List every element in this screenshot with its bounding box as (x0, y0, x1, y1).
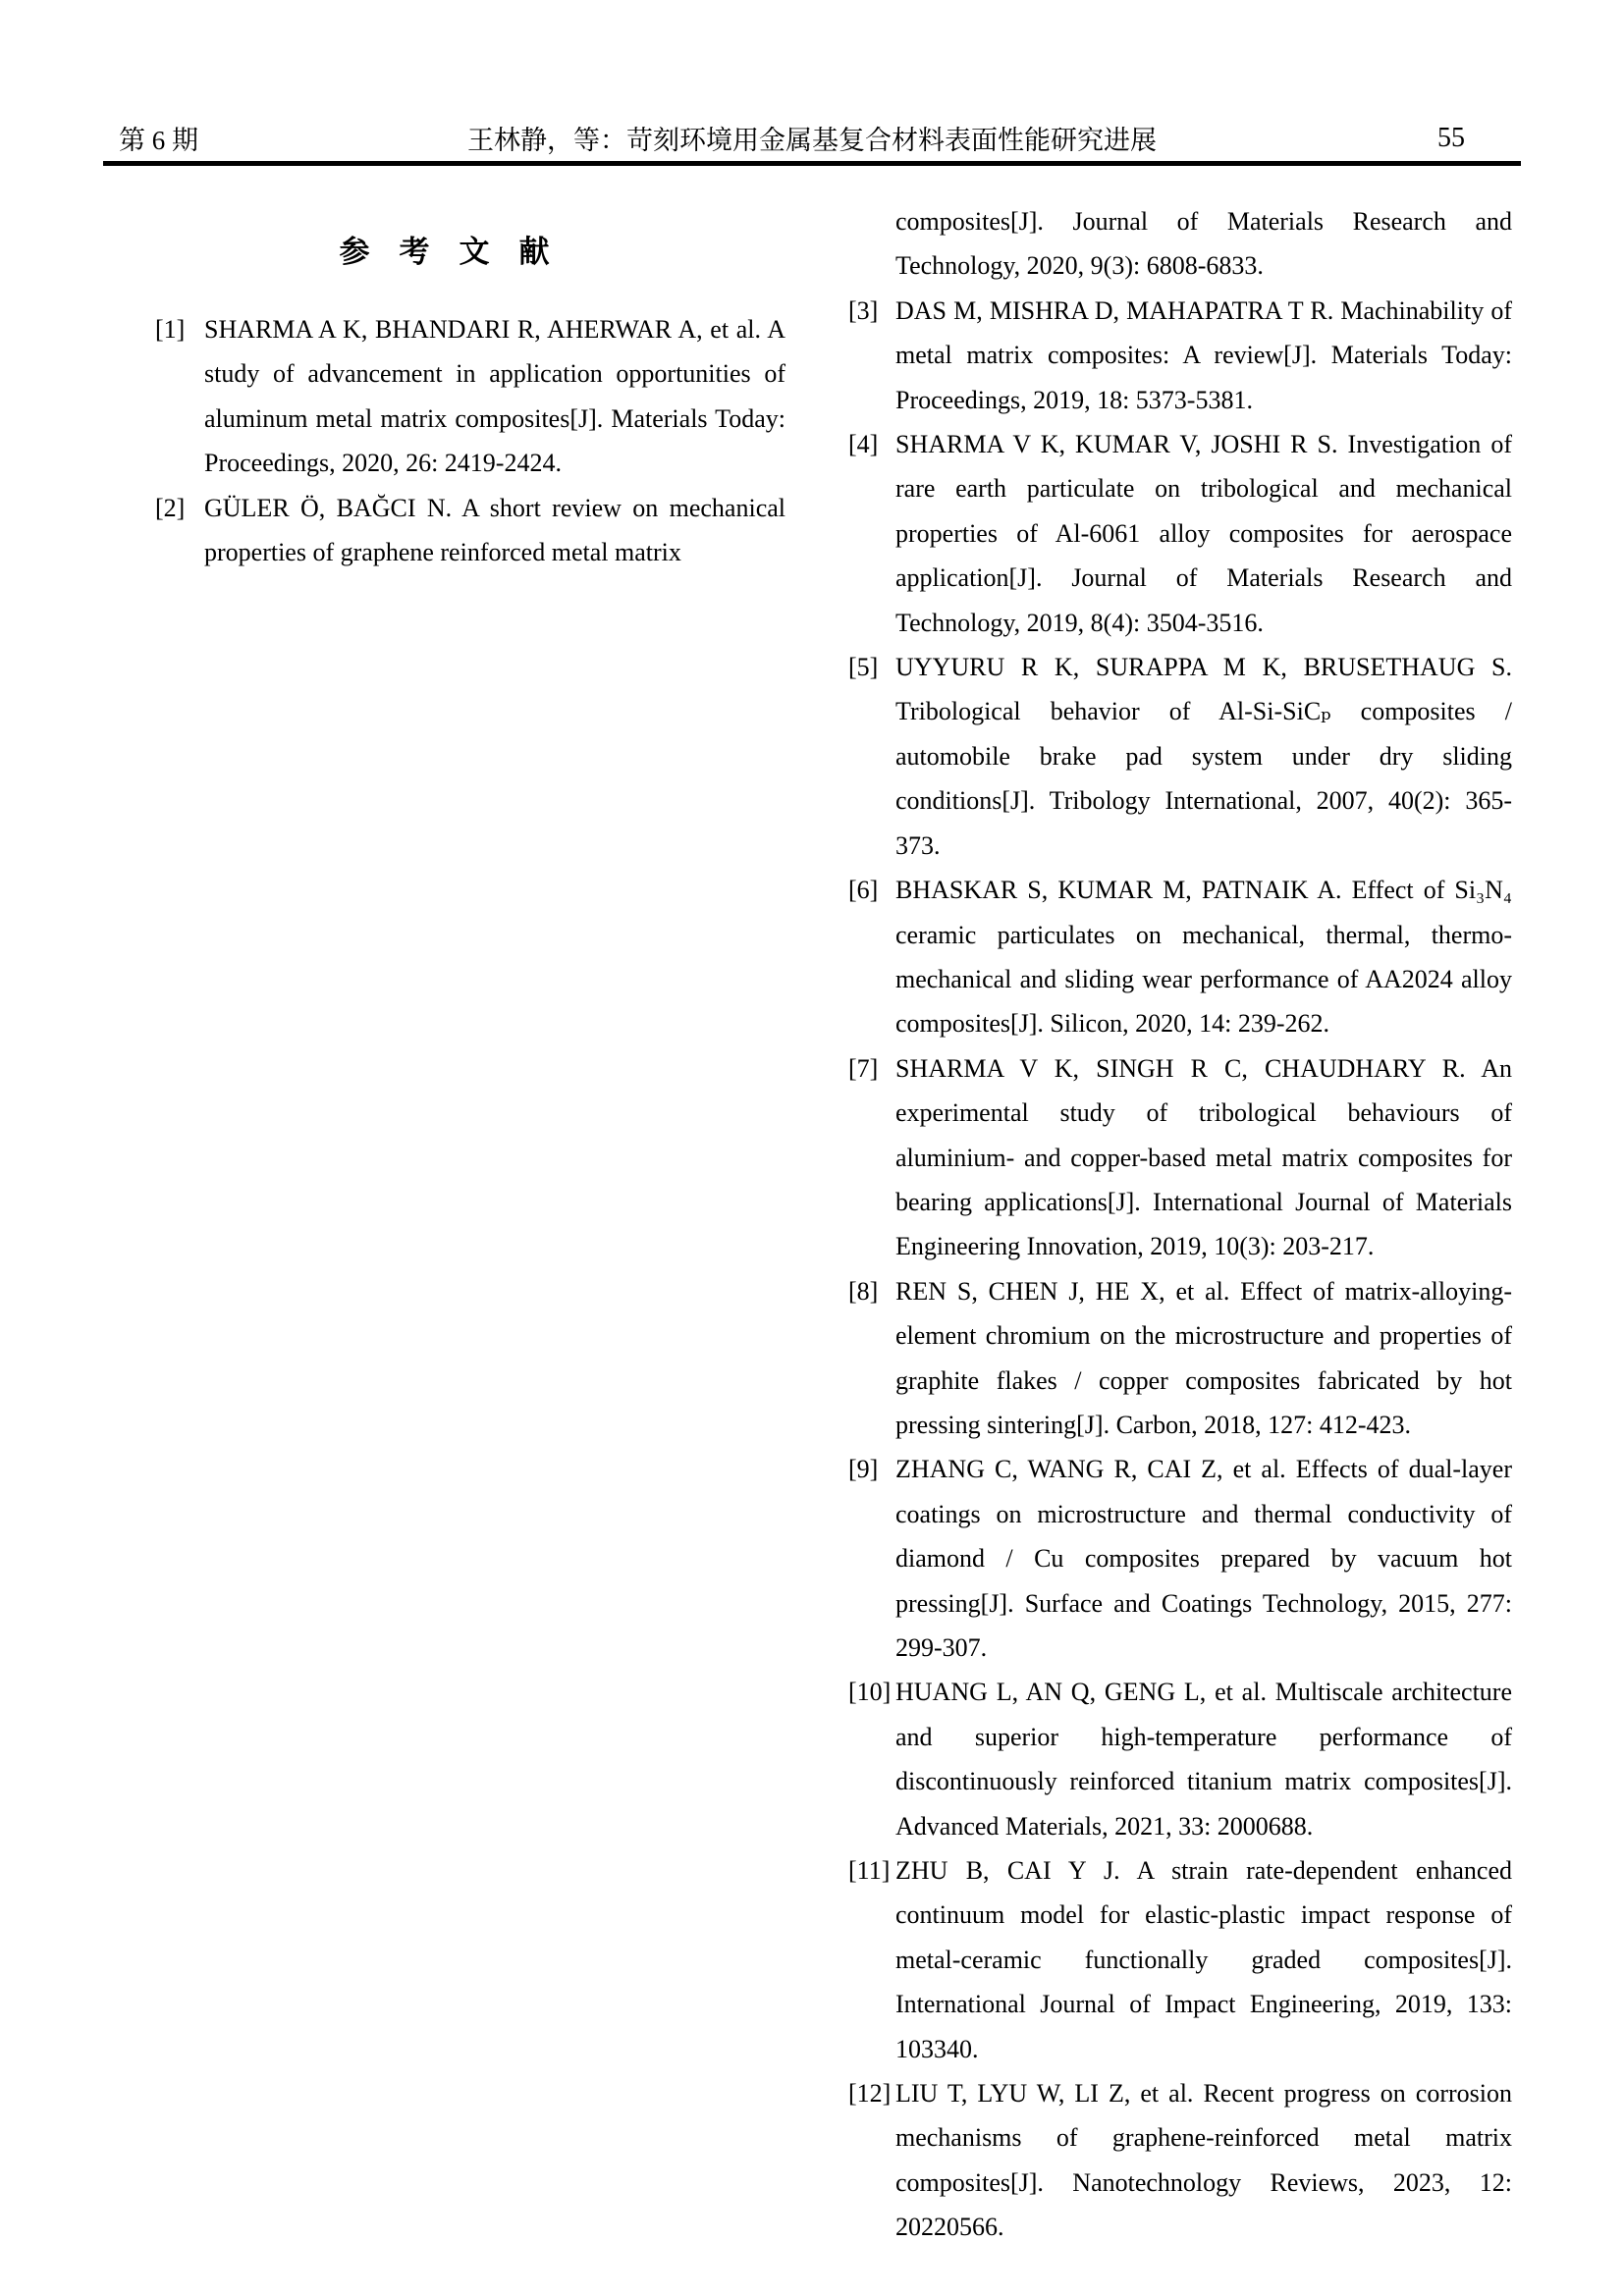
reference-item: [9]ZHANG C, WANG R, CAI Z, et al. Effect… (848, 1447, 1512, 1670)
reference-label: [6] (848, 868, 895, 912)
page-number: 55 (1437, 122, 1465, 155)
reference-text: SHARMA A K, BHANDARI R, AHERWAR A, et al… (204, 315, 785, 477)
reference-label: [11] (848, 1848, 895, 1893)
reference-text: DAS M, MISHRA D, MAHAPATRA T R. Machinab… (895, 296, 1512, 414)
reference-text: BHASKAR S, KUMAR M, PATNAIK A. Effect of… (895, 876, 1512, 1038)
reference-item: [7]SHARMA V K, SINGH R C, CHAUDHARY R. A… (848, 1046, 1512, 1269)
reference-text: REN S, CHEN J, HE X, et al. Effect of ma… (895, 1277, 1512, 1439)
reference-item: [4]SHARMA V K, KUMAR V, JOSHI R S. Inves… (848, 422, 1512, 645)
reference-label: [4] (848, 422, 895, 466)
reference-item: composites[J]. Journal of Materials Rese… (848, 199, 1512, 289)
reference-item: [5]UYYURU R K, SURAPPA M K, BRUSETHAUG S… (848, 645, 1512, 868)
reference-label: [3] (848, 289, 895, 333)
reference-item: [8]REN S, CHEN J, HE X, et al. Effect of… (848, 1269, 1512, 1448)
journal-page: 第 6 期 王林静，等：苛刻环境用金属基复合材料表面性能研究进展 55 参考文献… (0, 0, 1624, 2296)
reference-text: LIU T, LYU W, LI Z, et al. Recent progre… (895, 2079, 1512, 2241)
reference-text: SHARMA V K, KUMAR V, JOSHI R S. Investig… (895, 430, 1512, 637)
running-title: 王林静，等：苛刻环境用金属基复合材料表面性能研究进展 (0, 124, 1624, 157)
references-list-left: [1]SHARMA A K, BHANDARI R, AHERWAR A, et… (155, 307, 785, 574)
reference-text: SHARMA V K, SINGH R C, CHAUDHARY R. An e… (895, 1054, 1512, 1261)
reference-text: ZHU B, CAI Y J. A strain rate-dependent … (895, 1856, 1512, 2063)
reference-item: [11]ZHU B, CAI Y J. A strain rate-depend… (848, 1848, 1512, 2071)
reference-text: UYYURU R K, SURAPPA M K, BRUSETHAUG S. T… (895, 653, 1512, 860)
right-column: composites[J]. Journal of Materials Rese… (848, 199, 1512, 2250)
left-column: 参考文献 [1]SHARMA A K, BHANDARI R, AHERWAR … (103, 201, 785, 574)
reference-item: [12]LIU T, LYU W, LI Z, et al. Recent pr… (848, 2071, 1512, 2250)
header-rule (103, 161, 1521, 166)
reference-label: [2] (155, 486, 204, 530)
reference-text: GÜLER Ö, BAĞCI N. A short review on mech… (204, 494, 785, 566)
reference-item: [6]BHASKAR S, KUMAR M, PATNAIK A. Effect… (848, 868, 1512, 1046)
references-heading: 参考文献 (103, 231, 785, 274)
reference-label: [8] (848, 1269, 895, 1313)
references-list-right: composites[J]. Journal of Materials Rese… (848, 199, 1512, 2250)
reference-label: [9] (848, 1447, 895, 1491)
reference-label: [1] (155, 307, 204, 351)
reference-text: HUANG L, AN Q, GENG L, et al. Multiscale… (895, 1678, 1512, 1840)
reference-item: [2]GÜLER Ö, BAĞCI N. A short review on m… (155, 486, 785, 575)
reference-label: [7] (848, 1046, 895, 1091)
reference-text: composites[J]. Journal of Materials Rese… (895, 207, 1512, 280)
reference-label: [12] (848, 2071, 895, 2115)
reference-label: [5] (848, 645, 895, 689)
reference-item: [3]DAS M, MISHRA D, MAHAPATRA T R. Machi… (848, 289, 1512, 422)
reference-text: ZHANG C, WANG R, CAI Z, et al. Effects o… (895, 1455, 1512, 1662)
reference-item: [1]SHARMA A K, BHANDARI R, AHERWAR A, et… (155, 307, 785, 486)
reference-label: [10] (848, 1670, 895, 1714)
reference-item: [10]HUANG L, AN Q, GENG L, et al. Multis… (848, 1670, 1512, 1848)
